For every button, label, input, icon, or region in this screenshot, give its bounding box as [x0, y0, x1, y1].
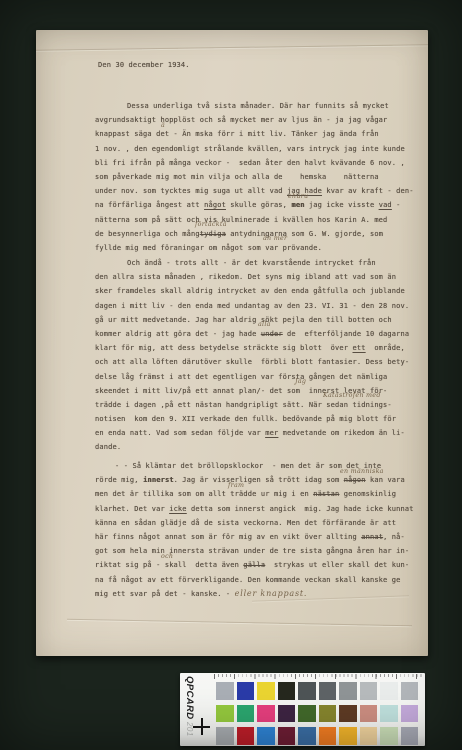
typed-segment: vad — [379, 201, 392, 209]
typed-segment: strykas ut eller skall det kun- — [265, 561, 409, 569]
color-swatch — [298, 682, 316, 700]
color-swatch — [216, 705, 234, 723]
color-swatch — [339, 682, 357, 700]
typed-segment: den allra sista månaden , rikedom. Det s… — [95, 273, 396, 281]
typed-segment: icke — [169, 505, 186, 513]
color-swatch — [257, 727, 275, 745]
typed-line: na få något av ett förverkligande. Den k… — [95, 573, 410, 587]
typed-segment: knappast säga det - Än mska förr i mitt … — [95, 130, 379, 138]
typed-line: rörde mig, innerst. Jag är visserligen s… — [95, 473, 410, 487]
typed-segment: och att alla löften därutöver skulle för… — [95, 358, 409, 366]
registration-cross-icon — [193, 718, 210, 735]
typed-segment: kommer aldrig att göra det - jag hade — [95, 330, 261, 338]
qpcard-color-chart: QPCARD201 — [180, 673, 425, 746]
handwritten-annotation: alla — [258, 321, 271, 328]
typed-line: Och ändå - trots allt - är det kvarståen… — [95, 256, 410, 270]
typed-segment: någon — [344, 476, 366, 484]
typed-segment: under nov. som tycktes mig suga ut allt … — [95, 187, 287, 195]
handwritten-annotation: ehuru — [288, 193, 308, 200]
typed-segment: bli fri ifrån på många veckor - sedan åt… — [95, 159, 405, 167]
typed-line: knappast säga det - Än mska förr i mitt … — [95, 127, 410, 141]
typed-line: gå ur mitt medvetande. Jag har aldrig sö… — [95, 313, 410, 327]
typed-segment: na få något av ett förverkligande. Den k… — [95, 576, 401, 584]
typed-segment: - — [392, 201, 401, 209]
typed-segment: antydningarna som G. W. gjorde, som — [226, 230, 383, 238]
typed-segment: nätterna som på sätt och vis kulminerade… — [95, 216, 387, 224]
typed-segment: klart för mig, att dess betydelse sträck… — [95, 344, 353, 352]
typed-segment: innerst — [143, 476, 174, 484]
typed-segment: . Jag är visserligen så trött idag som — [174, 476, 344, 484]
typed-segment: sker framdeles skall aldrig intrycket av… — [95, 287, 405, 295]
paper-crease — [67, 619, 412, 627]
color-swatch — [380, 727, 398, 745]
color-swatch — [278, 727, 296, 745]
typed-line: nätterna som på sätt och vis kulminerade… — [95, 213, 410, 227]
typed-segment: avgrundsaktigt hopplöst och så mycket me… — [95, 116, 387, 124]
typed-segment: mig ett svar på det - kanske. - — [95, 590, 235, 598]
typed-line: delse låg främst i att det egentligen va… — [95, 370, 410, 384]
typed-segment: got som hela min innersta strävan under … — [95, 547, 409, 555]
typed-segment: medvetande om rikedom än li- — [278, 429, 405, 437]
typed-segment: tydiga — [200, 230, 226, 238]
typed-line: känna en sådan glädje då de sista veckor… — [95, 516, 410, 530]
typed-segment: notisen kom den 9. XII verkade den fullk… — [95, 415, 396, 423]
typed-segment: under — [261, 330, 283, 338]
color-swatch — [298, 727, 316, 745]
typed-segment: känna en sådan glädje då de sista veckor… — [95, 519, 396, 527]
typed-segment: gälla — [243, 561, 265, 569]
paragraph: - - Så klämtar det bröllopsklockor - men… — [95, 459, 410, 601]
typed-line: som påverkade mig mot min vilja och alla… — [95, 170, 410, 184]
typed-segment: riktat sig på - skall detta även — [95, 561, 243, 569]
typed-line: bli fri ifrån på många veckor - sedan åt… — [95, 156, 410, 170]
typed-line: 1 nov. , den egendomligt strålande kväll… — [95, 142, 410, 156]
handwritten-annotation: förtäckta — [195, 221, 227, 228]
typed-segment: detta som innerst angick mig. Jag hade i… — [187, 505, 414, 513]
typed-line: dagen i mitt liv - den enda med undantag… — [95, 299, 410, 313]
typed-line: avgrundsaktigt hopplöst och så mycket me… — [95, 113, 410, 127]
typed-line: här finns något annat som är för mig av … — [95, 530, 410, 544]
color-swatch — [278, 682, 296, 700]
typed-line: trädde i dagen ,på ett nästan handgripli… — [95, 398, 410, 412]
typed-line: klarhet. Det var icke detta som innerst … — [95, 502, 410, 516]
handwritten-annotation: en människa — [340, 468, 384, 475]
typed-line: na förfärliga ångest att något skulle gö… — [95, 198, 410, 212]
color-swatch — [319, 682, 337, 700]
typed-segment: Dessa underliga två sista månader. Där h… — [127, 102, 389, 110]
typed-segment: ett — [353, 344, 366, 352]
color-swatch — [237, 705, 255, 723]
typed-segment: men — [291, 201, 304, 209]
typed-segment: dagen i mitt liv - den enda med undantag… — [95, 302, 409, 310]
typed-segment: de efterföljande 10 dagarna — [283, 330, 410, 338]
typed-line: riktat sig på - skall detta även gälla s… — [95, 558, 410, 572]
typed-line: notisen kom den 9. XII verkade den fullk… — [95, 412, 410, 426]
typed-segment: område, — [366, 344, 405, 352]
typed-segment: fyllde mig med föraningar om något som v… — [95, 244, 322, 252]
typed-line: got som hela min innersta strävan under … — [95, 544, 410, 558]
color-swatch — [339, 705, 357, 723]
color-swatch — [360, 705, 378, 723]
typed-segment: annat — [361, 533, 383, 541]
color-swatch — [339, 727, 357, 745]
typed-segment: jag icke visste — [305, 201, 379, 209]
qpcard-swatch-grid — [216, 682, 418, 745]
diary-paper-sheet: Den 30 december 1934. Dessa underliga tv… — [36, 30, 428, 656]
photo-of-diary-page: Den 30 december 1934. Dessa underliga tv… — [0, 0, 462, 750]
color-swatch — [380, 705, 398, 723]
color-swatch — [257, 705, 275, 723]
typed-segment: rörde mig, — [95, 476, 143, 484]
typed-line: men det är tillika som om allt trädde ur… — [95, 487, 410, 501]
typed-segment: som påverkade mig mot min vilja och alla… — [95, 173, 379, 181]
typed-segment: en enda natt. Vad som sedan följde var — [95, 429, 265, 437]
typed-segment: genomskinlig — [339, 490, 396, 498]
typed-segment: dande. — [95, 443, 121, 451]
color-swatch — [360, 682, 378, 700]
typed-line: och att alla löften därutöver skulle för… — [95, 355, 410, 369]
typed-line: mig ett svar på det - kanske. - eller kn… — [95, 587, 410, 601]
typed-line: den allra sista månaden , rikedom. Det s… — [95, 270, 410, 284]
color-swatch — [401, 727, 419, 745]
paper-crease — [36, 44, 428, 50]
paragraph: Dessa underliga två sista månader. Där h… — [95, 99, 410, 255]
typed-line: en enda natt. Vad som sedan följde var m… — [95, 426, 410, 440]
typed-segment: delse låg främst i att det egentligen va… — [95, 373, 387, 381]
color-swatch — [237, 727, 255, 745]
typed-segment: na förfärliga ångest att — [95, 201, 204, 209]
typed-segment: Och ändå - trots allt - är det kvarståen… — [127, 259, 376, 267]
typed-segment: kan vara — [366, 476, 405, 484]
paragraph: Och ändå - trots allt - är det kvarståen… — [95, 256, 410, 455]
qpcard-ruler — [214, 674, 422, 679]
color-swatch — [216, 727, 234, 745]
color-swatch — [319, 727, 337, 745]
color-swatch — [216, 682, 234, 700]
typed-segment: klarhet. Det var — [95, 505, 169, 513]
handwritten-annotation: och — [161, 553, 173, 560]
color-swatch — [298, 705, 316, 723]
typed-segment: skulle göras, — [226, 201, 291, 209]
typed-line: kommer aldrig att göra det - jag hade un… — [95, 327, 410, 341]
handwritten-inline-note: eller knappast. — [235, 589, 308, 598]
typed-segment: här finns något annat som är för mig av … — [95, 533, 361, 541]
handwritten-annotation: Jag — [295, 378, 306, 385]
color-swatch — [360, 727, 378, 745]
color-swatch — [257, 682, 275, 700]
handwritten-annotation: fram — [228, 482, 244, 489]
color-swatch — [278, 705, 296, 723]
typed-segment: men det är tillika som om allt trädde ur… — [95, 490, 313, 498]
typed-line: fyllde mig med föraningar om något som v… — [95, 241, 410, 255]
typed-line: Dessa underliga två sista månader. Där h… — [95, 99, 410, 113]
color-swatch — [319, 705, 337, 723]
typed-segment: de besynnerliga och mång — [95, 230, 200, 238]
color-swatch — [401, 682, 419, 700]
handwritten-annotation: än mer — [263, 235, 287, 242]
typed-segment: 1 nov. , den egendomligt strålande kväll… — [95, 145, 405, 153]
typed-line: under nov. som tycktes mig suga ut allt … — [95, 184, 410, 198]
typed-line: sker framdeles skall aldrig intrycket av… — [95, 284, 410, 298]
color-swatch — [237, 682, 255, 700]
typed-segment: trädde i dagen ,på ett nästan handgripli… — [95, 401, 392, 409]
handwritten-annotation: Katastrofen med — [323, 392, 381, 399]
typed-segment: gå ur mitt medvetande. Jag har aldrig sö… — [95, 316, 392, 324]
typed-segment: mer — [265, 429, 278, 437]
qpcard-brand-text: QPCARD — [184, 676, 195, 720]
entry-date: Den 30 december 1934. — [98, 61, 190, 69]
typed-line: dande. — [95, 440, 410, 454]
typed-line: klart för mig, att dess betydelse sträck… — [95, 341, 410, 355]
typed-segment: nästan — [313, 490, 339, 498]
color-swatch — [380, 682, 398, 700]
color-swatch — [401, 705, 419, 723]
typed-segment: kvar av kraft - den- — [322, 187, 414, 195]
handwritten-annotation: ä — [161, 122, 165, 129]
typed-segment: något — [204, 201, 226, 209]
typed-line: de besynnerliga och mångtydiga antydning… — [95, 227, 410, 241]
typed-segment: , nå- — [383, 533, 405, 541]
